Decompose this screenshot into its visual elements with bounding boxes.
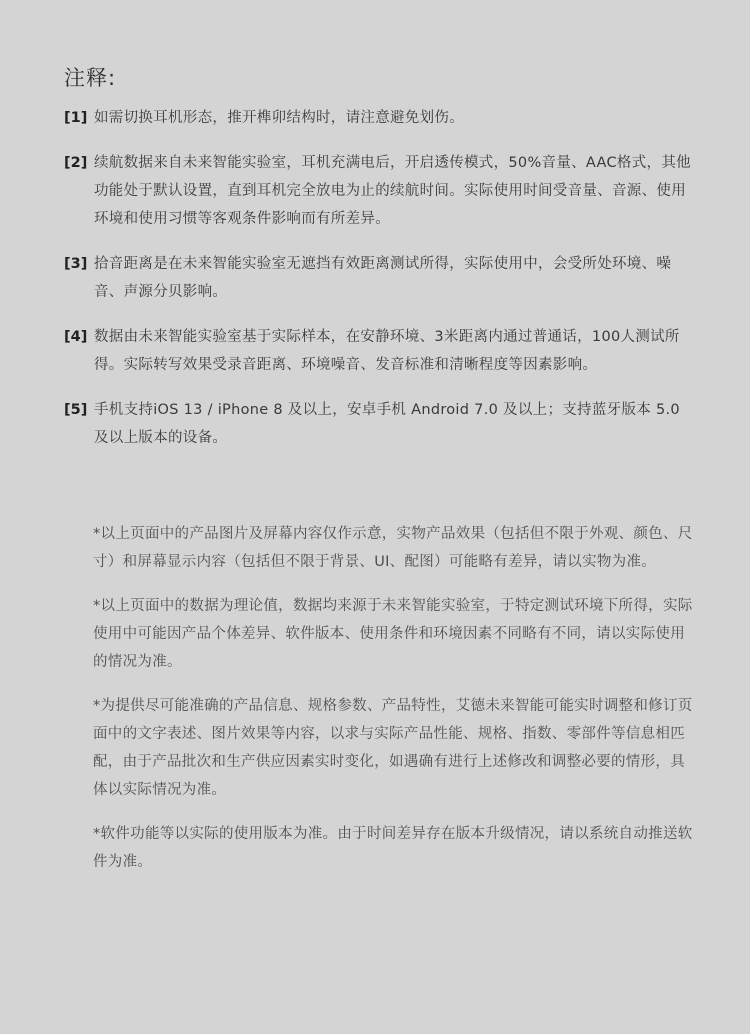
footnote-item: [4] 数据由未来智能实验室基于实际样本，在安静环境、3米距离内通过普通话，10… xyxy=(64,323,694,379)
footnote-list: [1] 如需切换耳机形态，推开榫卯结构时，请注意避免划伤。 [2] 续航数据来自… xyxy=(64,104,694,469)
disclaimer-paragraph: *以上页面中的数据为理论值，数据均来源于未来智能实验室，于特定测试环境下所得，实… xyxy=(93,592,693,676)
disclaimer-list: *以上页面中的产品图片及屏幕内容仅作示意，实物产品效果（包括但不限于外观、颜色、… xyxy=(93,505,693,892)
footnote-text: 如需切换耳机形态，推开榫卯结构时，请注意避免划伤。 xyxy=(94,104,694,132)
footnote-text: 续航数据来自未来智能实验室，耳机充满电后，开启透传模式，50%音量、AAC格式，… xyxy=(94,149,694,233)
footnote-text: 拾音距离是在未来智能实验室无遮挡有效距离测试所得，实际使用中，会受所处环境、噪音… xyxy=(94,250,694,306)
notes-title: 注释: xyxy=(64,62,116,92)
footnote-text: 手机支持iOS 13 / iPhone 8 及以上，安卓手机 Android 7… xyxy=(94,396,694,452)
disclaimer-paragraph: *软件功能等以实际的使用版本为准。由于时间差异存在版本升级情况，请以系统自动推送… xyxy=(93,820,693,876)
footnote-item: [2] 续航数据来自未来智能实验室，耳机充满电后，开启透传模式，50%音量、AA… xyxy=(64,149,694,233)
footnote-index: [3] xyxy=(64,250,94,306)
notes-page: 注释: [1] 如需切换耳机形态，推开榫卯结构时，请注意避免划伤。 [2] 续航… xyxy=(0,0,750,1034)
footnote-text: 数据由未来智能实验室基于实际样本，在安静环境、3米距离内通过普通话，100人测试… xyxy=(94,323,694,379)
footnote-index: [4] xyxy=(64,323,94,379)
footnote-item: [5] 手机支持iOS 13 / iPhone 8 及以上，安卓手机 Andro… xyxy=(64,396,694,452)
footnote-index: [2] xyxy=(64,149,94,233)
disclaimer-paragraph: *以上页面中的产品图片及屏幕内容仅作示意，实物产品效果（包括但不限于外观、颜色、… xyxy=(93,520,693,576)
footnote-item: [3] 拾音距离是在未来智能实验室无遮挡有效距离测试所得，实际使用中，会受所处环… xyxy=(64,250,694,306)
footnote-item: [1] 如需切换耳机形态，推开榫卯结构时，请注意避免划伤。 xyxy=(64,104,694,132)
footnote-index: [1] xyxy=(64,104,94,132)
disclaimer-paragraph: *为提供尽可能准确的产品信息、规格参数、产品特性，艾德未来智能可能实时调整和修订… xyxy=(93,692,693,804)
footnote-index: [5] xyxy=(64,396,94,452)
